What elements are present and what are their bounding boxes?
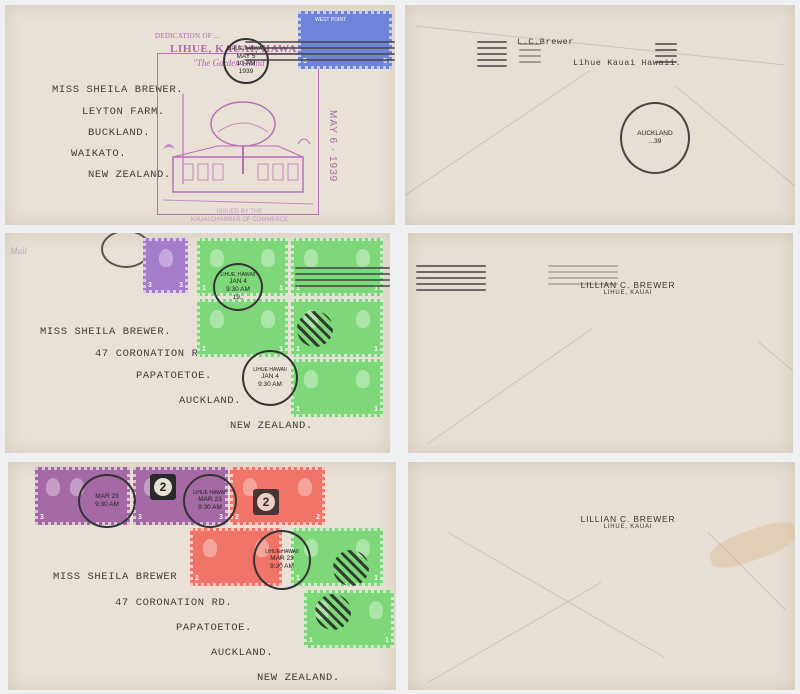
- stamp-value: 2: [195, 575, 199, 582]
- killer-cancel: [333, 550, 369, 586]
- cover-1-back: L.C.Brewer Lihue Kauai Hawaii. AUCKLAND …: [405, 5, 795, 225]
- cover-1-front: MISS SHEILA BREWER. LEYTON FARM. BUCKLAN…: [5, 5, 395, 225]
- stamp-value: 1: [385, 637, 389, 644]
- recipient-line: AUCKLAND.: [179, 395, 241, 407]
- postmark-time: 9:30 AM: [270, 563, 294, 571]
- cachet-footer-line: KAUAI CHAMBER OF COMMERCE: [157, 216, 322, 224]
- sender-address: LIHUE, KAUAI: [568, 524, 688, 530]
- recipient-line: PAPATOETOE.: [176, 622, 252, 634]
- killer-cancel: [297, 311, 333, 347]
- recipient-line: 47 CORONATION RD.: [95, 348, 212, 360]
- stamp-value: 1: [374, 406, 378, 413]
- stamp-value: 3: [179, 282, 183, 289]
- stamp-value: 1: [309, 637, 313, 644]
- postmark: LIHUE HAWAII MAR 23 9:30 AM: [183, 474, 237, 528]
- machine-cancel: [477, 41, 507, 71]
- killer-cancel: [315, 594, 351, 630]
- sender-address: Lihue Kauai Hawaii.: [573, 58, 681, 68]
- backstamp-date: ...39: [649, 138, 662, 146]
- sender-address: LIHUE, KAUAI: [568, 290, 688, 296]
- postmark-date: JAN 4: [261, 373, 279, 381]
- stamp-navy: 11: [291, 359, 383, 417]
- stamp-value: 1: [279, 285, 283, 292]
- cachet-footer: ISSUED BY THE KAUAI CHAMBER OF COMMERCE: [157, 208, 322, 225]
- postmark: LIHUE, HAWAII JAN 4 9:30 AM 19..: [213, 263, 263, 311]
- stamp-value: 1: [296, 406, 300, 413]
- cachet-line-1: DEDICATION OF ...: [155, 32, 220, 40]
- cover-2-back: LILLIAN C. BREWER LIHUE, KAUAI: [408, 233, 793, 453]
- stain: [706, 516, 795, 575]
- killer-number: 2: [154, 478, 172, 496]
- postmark: LIHUE HAWAII JAN 4 9:30 AM: [242, 350, 298, 406]
- stamp-value: 2: [316, 514, 320, 521]
- sender-name: LILLIAN C. BREWER: [568, 514, 688, 524]
- stamp-value: 1: [202, 285, 206, 292]
- postmark-time: 9:30 AM: [226, 286, 250, 294]
- pencil-note: Mail: [10, 246, 27, 256]
- cover-3-front: MISS SHEILA BREWER 47 CORONATION RD. PAP…: [8, 462, 396, 690]
- machine-cancel: [295, 267, 390, 291]
- postmark-date: MAR 23: [270, 555, 293, 563]
- stamp-value: 3: [148, 282, 152, 289]
- machine-cancel: [416, 265, 486, 295]
- recipient-line: MISS SHEILA BREWER.: [40, 326, 171, 338]
- sender-name: LILLIAN C. BREWER: [568, 280, 688, 290]
- stamp-value: 3: [138, 514, 142, 521]
- cachet-footer-line: ISSUED BY THE: [157, 208, 322, 216]
- postmark-time: 9:30 AM: [95, 501, 119, 509]
- recipient-line: BUCKLAND.: [88, 127, 150, 139]
- postmark: LIHUE HAWAII MAR 23 9:30 AM: [253, 530, 311, 590]
- recipient-line: WAIKATO.: [71, 148, 126, 160]
- stamp-value: 2: [235, 514, 239, 521]
- sender-name: L.C.Brewer: [517, 37, 574, 47]
- recipient-line: PAPATOETOE.: [136, 370, 212, 382]
- recipient-line: MISS SHEILA BREWER: [53, 571, 177, 583]
- stamp-value: 1: [374, 346, 378, 353]
- postmark-year: 19..: [233, 294, 244, 302]
- cover-2-front: Mail MISS SHEILA BREWER. 47 CORONATION R…: [5, 233, 390, 453]
- stamp-value: 1: [202, 346, 206, 353]
- stamp-value: 1: [296, 346, 300, 353]
- backstamp-town: AUCKLAND: [637, 130, 672, 138]
- backstamp: AUCKLAND ...39: [620, 102, 690, 174]
- killer-numeral-cancel: 2: [150, 474, 176, 500]
- killer-number: 2: [257, 493, 275, 511]
- postmark: MAR 23 9:30 AM: [78, 474, 136, 528]
- postmark-date: JAN 4: [229, 278, 247, 286]
- recipient-line: AUCKLAND.: [211, 647, 273, 659]
- stamp-washington: 3 3: [143, 238, 188, 293]
- recipient-line: NEW ZEALAND.: [257, 672, 340, 684]
- stamp-label: WEST POINT: [315, 17, 346, 23]
- postmark-date: MAR 23: [95, 493, 118, 501]
- stamp-value: 1: [374, 575, 378, 582]
- postmark-year: 1939: [239, 68, 253, 76]
- sender-block: LILLIAN C. BREWER LIHUE, KAUAI: [568, 280, 688, 296]
- postmark-time: 9:30 AM: [258, 381, 282, 389]
- postmark-time: 9:30 AM: [198, 504, 222, 512]
- cover-3-back: LILLIAN C. BREWER LIHUE, KAUAI: [408, 462, 795, 690]
- recipient-line: NEW ZEALAND.: [230, 420, 313, 432]
- killer-numeral-cancel: 2: [253, 489, 279, 515]
- machine-cancel: [245, 41, 395, 65]
- sender-block: LILLIAN C. BREWER LIHUE, KAUAI: [568, 514, 688, 530]
- recipient-line: LEYTON FARM.: [82, 106, 165, 118]
- recipient-line: 47 CORONATION RD.: [115, 597, 232, 609]
- postmark-date: MAR 23: [198, 496, 221, 504]
- cachet-date: MAY 6 - 1939: [327, 110, 338, 182]
- stamp-value: 3: [40, 514, 44, 521]
